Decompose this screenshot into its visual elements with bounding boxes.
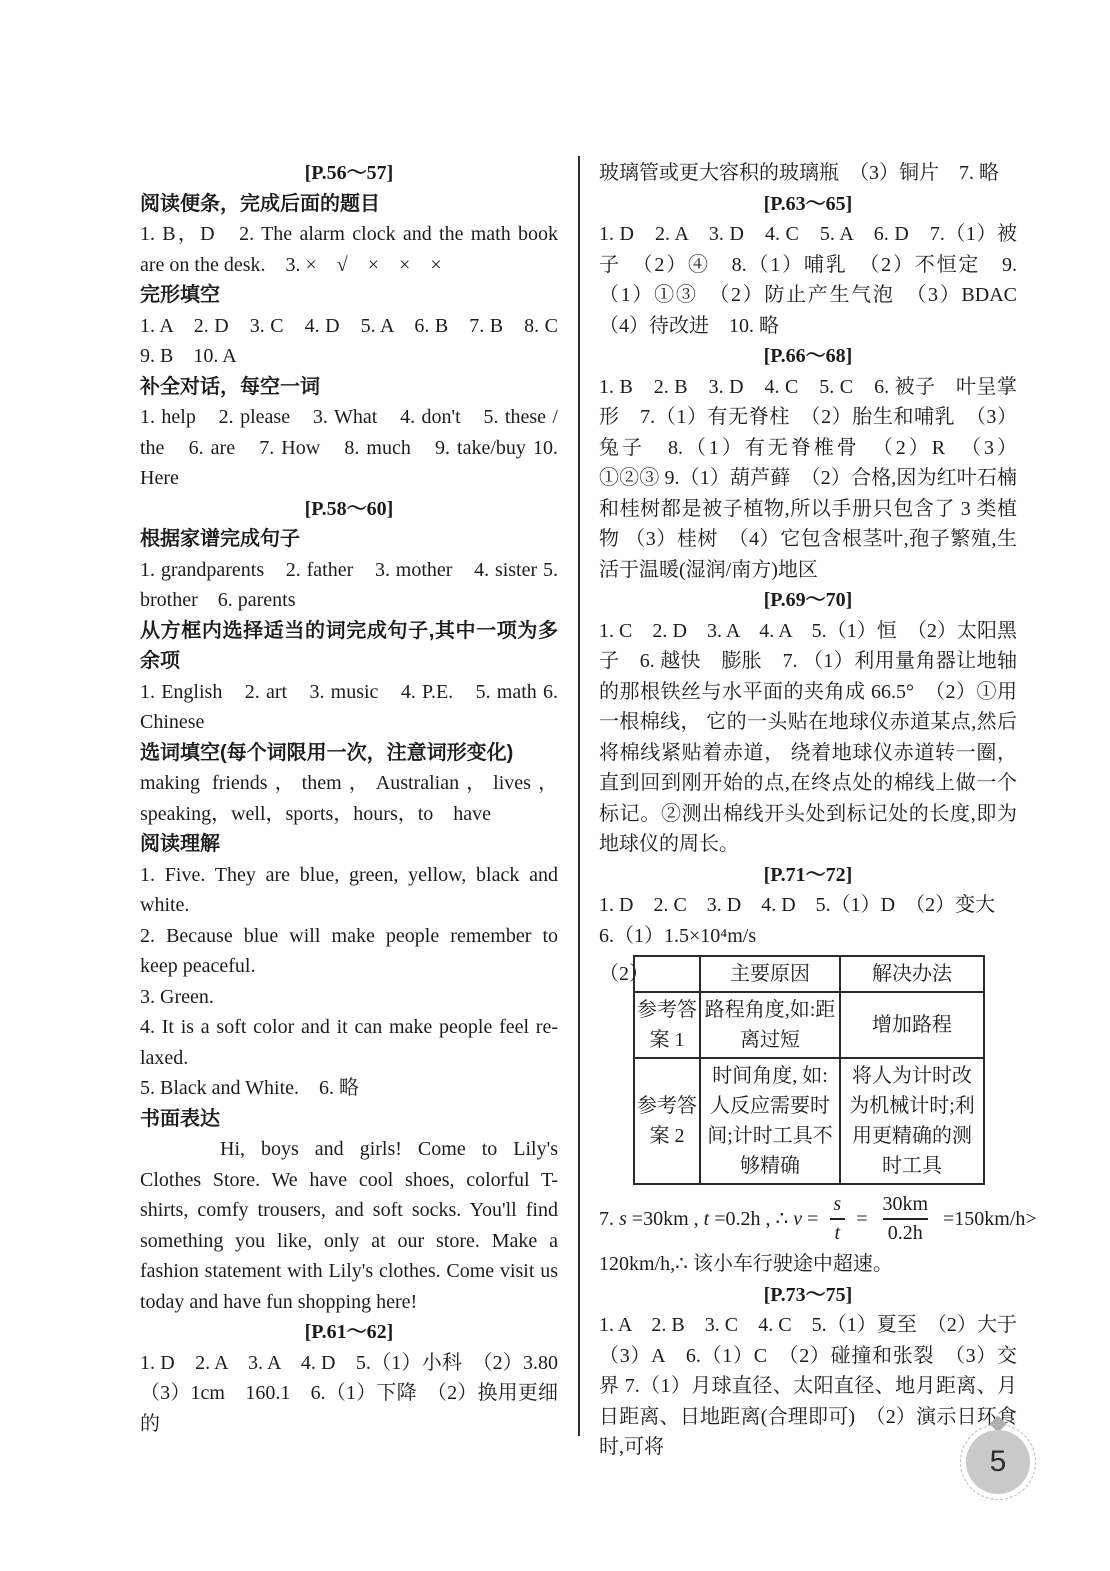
reading-answer-4: 4. It is a soft color and it can make pe… [140, 1012, 558, 1073]
fraction-numerator: 30km [877, 1191, 933, 1218]
answers-p66-68: 1. B 2. B 3. D 4. C 5. C 6. 被子 叶呈掌形 7.（1… [599, 372, 1017, 586]
answers-word-fill: making friends，them，Australian，lives，spe… [140, 768, 558, 829]
answers-choose-words: 1. English 2. art 3. music 4. P.E. 5. ma… [140, 677, 558, 738]
formula-t-value: =0.2h , ∴ [709, 1204, 793, 1235]
page-header-p66-68: [P.66～68] [599, 341, 1017, 372]
answer-q6-speed: 6.（1）1.5×10⁴m/s [599, 921, 1017, 952]
fraction-denominator: t [830, 1218, 846, 1247]
section-title-writing: 书面表达 [140, 1104, 558, 1135]
table-row2-solution: 将人为计时改为机械计时;利用更精确的测时工具 [840, 1058, 984, 1184]
section-title-cloze: 完形填空 [140, 280, 558, 311]
formula-equals-2: = [851, 1204, 872, 1235]
answers-complete-dialogue: 1. help 2. please 3. What 4. don't 5. th… [140, 402, 558, 494]
answers-p63-65: 1. D 2. A 3. D 4. C 5. A 6. D 7.（1）被子 （2… [599, 219, 1017, 341]
answers-p61-62: 1. D 2. A 3. A 4. D 5.（1）小科 （2）3.80 （3）1… [140, 1348, 558, 1440]
fraction-numerator: s [828, 1191, 846, 1218]
table-header-cause: 主要原因 [700, 956, 840, 992]
page-header-p71-72: [P.71～72] [599, 860, 1017, 891]
section-title-choose-words: 从方框内选择适当的词完成句子,其中一项为多余项 [140, 616, 558, 677]
column-divider [578, 156, 580, 1436]
page-number: 5 [966, 1430, 1030, 1494]
right-column: 玻璃管或更大容积的玻璃瓶 （3）铜片 7. 略 [P.63～65] 1. D 2… [599, 158, 1017, 1463]
fraction-denominator: 0.2h [883, 1218, 928, 1247]
answers-p73-75: 1. A 2. B 3. C 4. C 5.（1）夏至 （2）大于 （3）A 6… [599, 1310, 1017, 1463]
formula-result: =150km/h> [938, 1204, 1037, 1235]
table-row1-name: 参考答案 1 [634, 992, 700, 1058]
formula-var-s: s [619, 1204, 627, 1235]
table-row1-solution: 增加路程 [840, 992, 984, 1058]
continued-text-p61-62: 玻璃管或更大容积的玻璃瓶 （3）铜片 7. 略 [599, 158, 1017, 189]
section-title-family-tree: 根据家谱完成句子 [140, 524, 558, 555]
answers-read-note: 1. B，D 2. The alarm clock and the math b… [140, 219, 558, 280]
page-header-p69-70: [P.69～70] [599, 585, 1017, 616]
formula-q-number: 7. [599, 1204, 619, 1235]
formula-line-1: 7. s =30km , t =0.2h , ∴ v = st = 30km0.… [599, 1191, 1017, 1247]
formula-equals-1: = [802, 1204, 823, 1235]
page-number-badge: 5 [960, 1424, 1036, 1500]
left-column: [P.56～57] 阅读便条，完成后面的题目 1. B，D 2. The ala… [140, 158, 558, 1439]
reading-answer-2: 2. Because blue will make people remembe… [140, 921, 558, 982]
fraction-s-over-t: st [828, 1191, 846, 1247]
answers-family-tree: 1. grandparents 2. father 3. mother 4. s… [140, 555, 558, 616]
answers-p69-70: 1. C 2. D 3. A 4. A 5.（1）恒 （2）太阳黑子 6. 越快… [599, 616, 1017, 860]
page-header-p61-62: [P.61～62] [140, 1317, 558, 1348]
table-row: 参考答案 1 路程角度,如:距离过短 增加路程 [634, 992, 984, 1058]
writing-sample-essay: Hi, boys and girls! Come to Lily's Cloth… [140, 1134, 558, 1317]
table-header-blank [634, 956, 700, 992]
page-header-p56-57: [P.56～57] [140, 158, 558, 189]
section-title-complete-dialogue: 补全对话，每空一词 [140, 372, 558, 403]
reading-answer-5: 5. Black and White. 6. 略 [140, 1073, 558, 1104]
table-row: 参考答案 2 时间角度, 如:人反应需要时间;计时工具不够精确 将人为计时改为机… [634, 1058, 984, 1184]
formula-s-value: =30km , [627, 1204, 704, 1235]
section-title-read-note: 阅读便条，完成后面的题目 [140, 189, 558, 220]
table-row2-name: 参考答案 2 [634, 1058, 700, 1184]
formula-var-v: v [793, 1204, 802, 1235]
page-header-p73-75: [P.73～75] [599, 1280, 1017, 1311]
section-title-reading: 阅读理解 [140, 829, 558, 860]
section-title-word-fill: 选词填空(每个词限用一次，注意词形变化) [140, 738, 558, 769]
speed-formula: 7. s =30km , t =0.2h , ∴ v = st = 30km0.… [599, 1191, 1017, 1280]
cause-solution-table: 主要原因 解决办法 参考答案 1 路程角度,如:距离过短 增加路程 参考答案 2… [633, 955, 985, 1185]
page-header-p63-65: [P.63～65] [599, 189, 1017, 220]
formula-line-2: 120km/h,∴ 该小车行驶途中超速。 [599, 1249, 1017, 1280]
reading-answer-3: 3. Green. [140, 982, 558, 1013]
table-item-label: （2） [599, 955, 633, 990]
answers-cloze: 1. A 2. D 3. C 4. D 5. A 6. B 7. B 8. C … [140, 311, 558, 372]
table-row2-cause: 时间角度, 如:人反应需要时间;计时工具不够精确 [700, 1058, 840, 1184]
table-row1-cause: 路程角度,如:距离过短 [700, 992, 840, 1058]
answers-p71-72: 1. D 2. C 3. D 4. D 5.（1）D （2）变大 [599, 890, 1017, 921]
answer-table-block: （2） 主要原因 解决办法 参考答案 1 路程角度,如:距离过短 增加路程 参考… [599, 955, 1017, 1185]
table-header-row: 主要原因 解决办法 [634, 956, 984, 992]
fraction-30km-over-02h: 30km0.2h [877, 1191, 933, 1247]
reading-answer-1: 1. Five. They are blue, green, yellow, b… [140, 860, 558, 921]
answer-key-page: [P.56～57] 阅读便条，完成后面的题目 1. B，D 2. The ala… [0, 0, 1110, 1571]
page-header-p58-60: [P.58～60] [140, 494, 558, 525]
table-header-solution: 解决办法 [840, 956, 984, 992]
